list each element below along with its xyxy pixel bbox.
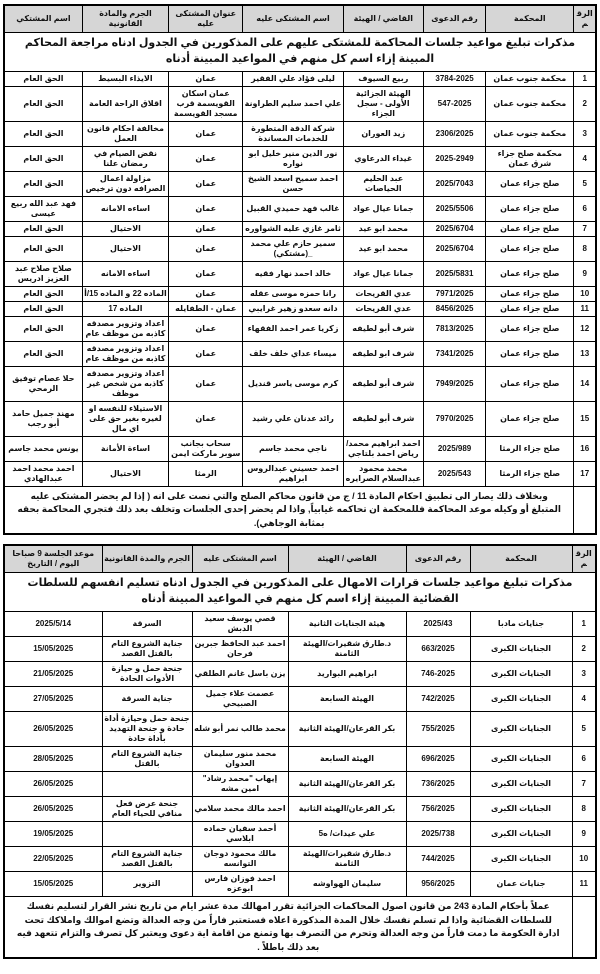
table-cell: 7949/2025 bbox=[423, 366, 485, 401]
column-header: الرقم bbox=[574, 5, 596, 33]
table-cell: أحمد سفيان حماده ابلاسي bbox=[192, 822, 288, 847]
table-row: 4الجنايات الكبرى742/2025الهيئة السابعةعص… bbox=[4, 687, 596, 712]
table-cell: 2 bbox=[574, 86, 596, 121]
table-cell: صلح جزاء عمان bbox=[486, 366, 574, 401]
table-cell: جنحة عرض فعل منافي للحياء العام bbox=[102, 797, 192, 822]
table-cell: الاحتيال bbox=[82, 236, 168, 261]
table-cell: عمان bbox=[169, 401, 243, 436]
header-row: الرقمالمحكمةرقم الدعوىالقاضي / الهيئةاسم… bbox=[4, 5, 596, 33]
table-cell: 9 bbox=[574, 261, 596, 286]
table-cell: 956/2025 bbox=[406, 872, 470, 897]
table-cell: علي عيدات/ ه5 bbox=[288, 822, 406, 847]
table-row: 14صلح جزاء عمان7949/2025شرف أبو لطيفهكرم… bbox=[4, 366, 596, 401]
table-cell: صلح جزاء عمان bbox=[486, 341, 574, 366]
table-cell: الاحتيال bbox=[82, 221, 168, 236]
table-cell: 17 bbox=[574, 461, 596, 486]
table-cell: د.طارق شقيرات/الهيئة الثامنة bbox=[288, 847, 406, 872]
table-cell: سحاب بجانب سوبر ماركت ايمن bbox=[169, 436, 243, 461]
column-header: الجرم والمادة القانونية bbox=[82, 5, 168, 33]
column-header: رقم الدعوى bbox=[423, 5, 485, 33]
table-cell: جمانا عيال عواد bbox=[343, 261, 423, 286]
table-cell: التزوير bbox=[102, 872, 192, 897]
table-cell: 2025/5506 bbox=[423, 196, 485, 221]
table-row: 2محكمة جنوب عمان547-2025الهيئة الجزائية … bbox=[4, 86, 596, 121]
table-cell: شرف أبو لطيفه bbox=[343, 401, 423, 436]
column-header: الجرم والمدة القانونية bbox=[102, 545, 192, 573]
table-cell: صلح جزاء عمان bbox=[486, 221, 574, 236]
table-cell: الجنايات الكبرى bbox=[470, 847, 572, 872]
notice2-header: الرقمالمحكمةرقم الدعوىالقاضي / الهيئةاسم… bbox=[4, 545, 596, 573]
table-cell: دانه سعدو زهير غرايبي bbox=[243, 301, 343, 316]
table-cell: عمان bbox=[169, 121, 243, 146]
table-cell: جنايات عمان bbox=[470, 872, 572, 897]
table-cell: 8456/2025 bbox=[423, 301, 485, 316]
document-page: مذكرات تبليغ مواعيد جلسات المحاكمة للمشت… bbox=[0, 0, 600, 972]
empty-index-cell bbox=[572, 897, 596, 959]
table-cell: صلح جزاء عمان bbox=[486, 301, 574, 316]
table-cell: 10 bbox=[574, 286, 596, 301]
table-cell: اقلاق الراحة العامة bbox=[82, 86, 168, 121]
table-cell: الحق العام bbox=[4, 341, 82, 366]
table-cell: الجنايات الكبرى bbox=[470, 662, 572, 687]
table-cell: 14 bbox=[574, 366, 596, 401]
notice1-footnote-row: وبخلاف ذلك يصار الى تطبيق احكام المادة 1… bbox=[4, 486, 596, 534]
table-cell: 27/05/2025 bbox=[4, 687, 102, 712]
table-cell: محكمة جنوب عمان bbox=[486, 86, 574, 121]
table-cell: الهيئة السابعة bbox=[288, 747, 406, 772]
table-cell: اساءه الامانه bbox=[82, 196, 168, 221]
table-cell: 2025/989 bbox=[423, 436, 485, 461]
table-cell: احمد مالك محمد سلامي bbox=[192, 797, 288, 822]
table-cell: عمان bbox=[169, 196, 243, 221]
table-row: 10الجنايات الكبرى744/2025د.طارق شقيرات/ا… bbox=[4, 847, 596, 872]
table-cell: 3 bbox=[574, 121, 596, 146]
table-cell: 26/05/2025 bbox=[4, 772, 102, 797]
table-cell: 3 bbox=[572, 662, 596, 687]
table-row: 8صلح جزاء عمان2025/6704محمد ابو عيدسمير … bbox=[4, 236, 596, 261]
table-cell: صلح جزاء عمان bbox=[486, 261, 574, 286]
table-row: 9صلح جزاء عمان2025/5831جمانا عيال عوادخا… bbox=[4, 261, 596, 286]
table-cell: صلح جزاء عمان bbox=[486, 171, 574, 196]
table-cell: ثامر غازي عليه الشواوره bbox=[243, 221, 343, 236]
table-cell: 7341/2025 bbox=[423, 341, 485, 366]
table-cell: عمان bbox=[169, 171, 243, 196]
table-cell: الرمثا bbox=[169, 461, 243, 486]
table-cell: 7813/2025 bbox=[423, 316, 485, 341]
column-header: المحكمة bbox=[470, 545, 572, 573]
table-cell: 2025/5831 bbox=[423, 261, 485, 286]
table-cell: 5 bbox=[572, 712, 596, 747]
table-cell: الجنايات الكبرى bbox=[470, 687, 572, 712]
table-cell: احمد فوزان فارس ابوعزه bbox=[192, 872, 288, 897]
trial-hearings-table: مذكرات تبليغ مواعيد جلسات المحاكمة للمشت… bbox=[3, 4, 597, 535]
table-cell: 755/2025 bbox=[406, 712, 470, 747]
table-cell: محمد ابو عيد bbox=[343, 221, 423, 236]
table-cell: 2025/738 bbox=[406, 822, 470, 847]
table-cell: احمد محمد احمد عبدالهادي bbox=[4, 461, 82, 486]
notice2-title: مذكرات تبليغ مواعيد جلسات قرارات الامهال… bbox=[4, 573, 596, 612]
table-cell: عبد الحليم الحياصات bbox=[343, 171, 423, 196]
table-cell: 2025/6704 bbox=[423, 221, 485, 236]
table-row: 12صلح جزاء عمان7813/2025شرف أبو لطيفهزكر… bbox=[4, 316, 596, 341]
table-cell: صلح جزاء عمان bbox=[486, 286, 574, 301]
table-cell: الحق العام bbox=[4, 236, 82, 261]
table-cell: 3784-2025 bbox=[423, 71, 485, 86]
table-cell: كرم موسى ياسر قنديل bbox=[243, 366, 343, 401]
notice2-footnote-row: عملاً بأحكام المادة 243 من قانون اصول ال… bbox=[4, 897, 596, 959]
empty-index-cell bbox=[574, 486, 596, 534]
table-cell: محكمة جنوب عمان bbox=[486, 121, 574, 146]
table-cell: 2025/6704 bbox=[423, 236, 485, 261]
table-cell: اساءة الأمانة bbox=[82, 436, 168, 461]
table-cell: شركة الدقة المتطورة للخدمات المساندة bbox=[243, 121, 343, 146]
table-row: 5صلح جزاء عمان2025/7043عبد الحليم الحياص… bbox=[4, 171, 596, 196]
table-cell: السرقة bbox=[102, 612, 192, 637]
table-cell: الحق العام bbox=[4, 316, 82, 341]
table-cell: عمان bbox=[169, 316, 243, 341]
table-cell: عمان bbox=[169, 286, 243, 301]
table-cell: جناية الشروع التام بالقتل bbox=[102, 747, 192, 772]
table-cell: 6 bbox=[572, 747, 596, 772]
table-cell: عمان bbox=[169, 341, 243, 366]
table-cell: 1 bbox=[572, 612, 596, 637]
table-cell: عمان اسكان القويسمة قرب مسجد القويسمة bbox=[169, 86, 243, 121]
table-row: 2الجنايات الكبرى663/2025د.طارق شقيرات/ال… bbox=[4, 637, 596, 662]
column-header: رقم الدعوى bbox=[406, 545, 470, 573]
table-cell: اعداد وتزوير مصدقه كاذبه من موظف عام bbox=[82, 341, 168, 366]
table-cell: سليمان الهواوشه bbox=[288, 872, 406, 897]
table-cell: ربيع السيوف bbox=[343, 71, 423, 86]
table-cell: زكريا عمر احمد الفقهاء bbox=[243, 316, 343, 341]
table-row: 10صلح جزاء عمان7971/2025عدي القريحاترانا… bbox=[4, 286, 596, 301]
table-cell: محكمة صلح جزاء شرق عمان bbox=[486, 146, 574, 171]
table-cell: 26/05/2025 bbox=[4, 797, 102, 822]
table-cell: مخالفة احكام قانون العمل bbox=[82, 121, 168, 146]
column-header: عنوان المشتكى عليه bbox=[169, 5, 243, 33]
table-cell: صلح جزاء عمان bbox=[486, 401, 574, 436]
column-header: اسم المشتكى عليه bbox=[243, 5, 343, 33]
table-row: 1جنايات مادبا2025/43هيئة الجنايات الثاني… bbox=[4, 612, 596, 637]
table-cell: 4 bbox=[574, 146, 596, 171]
table-row: 17صلح جزاء الرمثا2025/543محمد محمود عبدا… bbox=[4, 461, 596, 486]
table-cell: هيئة الجنايات الثانية bbox=[288, 612, 406, 637]
notice1-body: 1محكمة جنوب عمان3784-2025ربيع السيوفليلى… bbox=[4, 71, 596, 486]
table-cell: 746-2025 bbox=[406, 662, 470, 687]
column-header: اسم المشتكي bbox=[4, 5, 82, 33]
table-cell: صلح جزاء الرمثا bbox=[486, 436, 574, 461]
table-cell: عمان - الطفايله bbox=[169, 301, 243, 316]
table-cell: 15/05/2025 bbox=[4, 872, 102, 897]
table-cell: 22/05/2025 bbox=[4, 847, 102, 872]
table-cell: فهد عبد الله ربيع عيسى bbox=[4, 196, 82, 221]
table-cell: 21/05/2025 bbox=[4, 662, 102, 687]
table-cell: اساءه الامانه bbox=[82, 261, 168, 286]
table-cell: خالد احمد نهار فقيه bbox=[243, 261, 343, 286]
notice1-footnote: وبخلاف ذلك يصار الى تطبيق احكام المادة 1… bbox=[4, 486, 574, 534]
table-cell: شرف أبو لطيفه bbox=[343, 366, 423, 401]
table-cell: الاستيلاء للنفسه او لغيره بغير حق على اي… bbox=[82, 401, 168, 436]
table-cell: بكر القرعان/الهيئة الثانية bbox=[288, 712, 406, 747]
header-row: الرقمالمحكمةرقم الدعوىالقاضي / الهيئةاسم… bbox=[4, 545, 596, 573]
table-cell: جناية الشروع التام بالقتل القصد bbox=[102, 847, 192, 872]
table-cell: يونس محمد جاسم bbox=[4, 436, 82, 461]
table-cell: بكر القرعان/الهيئة الثانية bbox=[288, 797, 406, 822]
table-cell: محمد منور سليمان العدوان bbox=[192, 747, 288, 772]
table-cell: 5 bbox=[574, 171, 596, 196]
table-cell: 28/05/2025 bbox=[4, 747, 102, 772]
table-cell: الجنايات الكبرى bbox=[470, 797, 572, 822]
table-cell: 742/2025 bbox=[406, 687, 470, 712]
table-cell: الحق العام bbox=[4, 171, 82, 196]
table-cell: الجنايات الكبرى bbox=[470, 822, 572, 847]
notice1-title-row: مذكرات تبليغ مواعيد جلسات المحاكمة للمشت… bbox=[4, 33, 596, 72]
table-row: 4محكمة صلح جزاء شرق عمان2025-2949غيداء ا… bbox=[4, 146, 596, 171]
table-cell: احمد عبد الحافظ جبرين فرحان bbox=[192, 637, 288, 662]
table-cell: محمد طالب نمر أبو شله bbox=[192, 712, 288, 747]
table-cell: الاحتيال bbox=[82, 461, 168, 486]
table-cell: الحق العام bbox=[4, 301, 82, 316]
table-cell: نور الدين منير خليل ابو نواره bbox=[243, 146, 343, 171]
table-cell: عمان bbox=[169, 236, 243, 261]
table-cell: 15 bbox=[574, 401, 596, 436]
table-row: 6الجنايات الكبرى696/2025الهيئة السابعةمح… bbox=[4, 747, 596, 772]
notice2-title-row: مذكرات تبليغ مواعيد جلسات قرارات الامهال… bbox=[4, 573, 596, 612]
table-cell: قصي يوسف سعيد الدبش bbox=[192, 612, 288, 637]
table-cell: د.طارق شقيرات/الهيئة الثامنة bbox=[288, 637, 406, 662]
table-cell: الجنايات الكبرى bbox=[470, 637, 572, 662]
table-cell: محكمة جنوب عمان bbox=[486, 71, 574, 86]
table-row: 3محكمة جنوب عمان2306/2025زيد العورانشركة… bbox=[4, 121, 596, 146]
table-cell: الحق العام bbox=[4, 71, 82, 86]
table-cell: صلح جزاء عمان bbox=[486, 196, 574, 221]
table-cell: 1 bbox=[574, 71, 596, 86]
table-cell: 9 bbox=[572, 822, 596, 847]
table-cell: 8 bbox=[574, 236, 596, 261]
table-cell: غيداء الدرعاوي bbox=[343, 146, 423, 171]
table-cell: الحق العام bbox=[4, 286, 82, 301]
table-row: 11جنايات عمان956/2025سليمان الهواوشهاحمد… bbox=[4, 872, 596, 897]
table-cell: شرف ابو لطيفه bbox=[343, 341, 423, 366]
notice2-body: 1جنايات مادبا2025/43هيئة الجنايات الثاني… bbox=[4, 612, 596, 897]
table-cell: 4 bbox=[572, 687, 596, 712]
table-cell: مزاولة اعمال الصرافه دون ترخيص bbox=[82, 171, 168, 196]
table-cell: غالب فهد حميدي القبيل bbox=[243, 196, 343, 221]
table-cell: الماده 22 و الماده 15/أ bbox=[82, 286, 168, 301]
table-row: 3الجنايات الكبرى746-2025ابراهيم البواريد… bbox=[4, 662, 596, 687]
table-cell: الحق العام bbox=[4, 146, 82, 171]
table-row: 7صلح جزاء عمان2025/6704محمد ابو عيدثامر … bbox=[4, 221, 596, 236]
table-cell: عدي القريحات bbox=[343, 301, 423, 316]
table-cell: 744/2025 bbox=[406, 847, 470, 872]
table-cell: 7 bbox=[572, 772, 596, 797]
table-cell: احمد سميح اسعد الشيخ حسن bbox=[243, 171, 343, 196]
table-cell: زيد العوران bbox=[343, 121, 423, 146]
table-cell: 6 bbox=[574, 196, 596, 221]
table-row: 5الجنايات الكبرى755/2025بكر القرعان/الهي… bbox=[4, 712, 596, 747]
table-cell: محمد ابو عيد bbox=[343, 236, 423, 261]
table-cell: احمد حسيني عبدالروس ابراهيم bbox=[243, 461, 343, 486]
table-cell: 26/05/2025 bbox=[4, 712, 102, 747]
column-header: الرقم bbox=[572, 545, 596, 573]
table-cell: اعداد وتزوير مصدقه كاذبه من موظف عام bbox=[82, 316, 168, 341]
table-cell: 736/2025 bbox=[406, 772, 470, 797]
column-header: القاضي / الهيئة bbox=[288, 545, 406, 573]
table-cell: الهيئة الجزائية الأولى - سجل الجزاء bbox=[343, 86, 423, 121]
table-cell: 12 bbox=[574, 316, 596, 341]
table-row: 9الجنايات الكبرى2025/738علي عيدات/ ه5أحم… bbox=[4, 822, 596, 847]
table-cell: صلح جزاء عمان bbox=[486, 316, 574, 341]
table-cell: عمان bbox=[169, 366, 243, 401]
table-cell: رائد عدنان علي رشيد bbox=[243, 401, 343, 436]
table-cell: مالك محمود دوجان التوانسه bbox=[192, 847, 288, 872]
table-cell: 2025/543 bbox=[423, 461, 485, 486]
column-header: القاضي / الهيئة bbox=[343, 5, 423, 33]
surrender-decisions-table: مذكرات تبليغ مواعيد جلسات قرارات الامهال… bbox=[3, 544, 597, 959]
table-cell: صلح جزاء الرمثا bbox=[486, 461, 574, 486]
table-cell: الحق العام bbox=[4, 121, 82, 146]
table-cell: رانا حمزه موسى عقله bbox=[243, 286, 343, 301]
table-row: 15صلح جزاء عمان7970/2025شرف أبو لطيفهرائ… bbox=[4, 401, 596, 436]
table-cell: الجنايات الكبرى bbox=[470, 747, 572, 772]
table-cell: الهيئة السابعة bbox=[288, 687, 406, 712]
notice1-title: مذكرات تبليغ مواعيد جلسات المحاكمة للمشت… bbox=[4, 33, 596, 72]
table-cell: جنحة حمل و حيازة الأدوات الحادة bbox=[102, 662, 192, 687]
column-header: اسم المشتكى عليه bbox=[192, 545, 288, 573]
table-cell: 663/2025 bbox=[406, 637, 470, 662]
table-cell: 2025/7043 bbox=[423, 171, 485, 196]
table-cell: 756/2025 bbox=[406, 797, 470, 822]
table-cell: ميساء عداي خلف خلف bbox=[243, 341, 343, 366]
table-row: 1محكمة جنوب عمان3784-2025ربيع السيوفليلى… bbox=[4, 71, 596, 86]
table-cell: مهند جميل حامد أبو رجب bbox=[4, 401, 82, 436]
table-cell: ابراهيم البواريد bbox=[288, 662, 406, 687]
table-cell: 11 bbox=[572, 872, 596, 897]
table-cell: 11 bbox=[574, 301, 596, 316]
table-cell: جنحة حمل وحيازة أداة حادة و جنحة التهديد… bbox=[102, 712, 192, 747]
table-cell: عمان bbox=[169, 146, 243, 171]
table-cell: 8 bbox=[572, 797, 596, 822]
table-cell: الايذاء البسيط bbox=[82, 71, 168, 86]
table-cell: صلح جزاء عمان bbox=[486, 236, 574, 261]
table-row: 13صلح جزاء عمان7341/2025شرف ابو لطيفهميس… bbox=[4, 341, 596, 366]
table-cell: 10 bbox=[572, 847, 596, 872]
table-row: 11صلح جزاء عمان8456/2025عدي القريحاتدانه… bbox=[4, 301, 596, 316]
table-cell: 7 bbox=[574, 221, 596, 236]
table-cell: إيهاب "محمد رشاد" امين مشه bbox=[192, 772, 288, 797]
table-row: 16صلح جزاء الرمثا2025/989احمد ابراهيم مح… bbox=[4, 436, 596, 461]
table-row: 6صلح جزاء عمان2025/5506جمانا عيال عوادغا… bbox=[4, 196, 596, 221]
table-cell: عمان bbox=[169, 261, 243, 286]
table-cell bbox=[102, 772, 192, 797]
table-row: 8الجنايات الكبرى756/2025بكر القرعان/الهي… bbox=[4, 797, 596, 822]
table-cell: 2 bbox=[572, 637, 596, 662]
table-cell: عمان bbox=[169, 221, 243, 236]
table-cell: صلاح صلاح عبد العزيز ادريس bbox=[4, 261, 82, 286]
table-cell: 15/05/2025 bbox=[4, 637, 102, 662]
table-cell: 696/2025 bbox=[406, 747, 470, 772]
table-cell: ليلى فؤاد علي الفقير bbox=[243, 71, 343, 86]
table-cell: 547-2025 bbox=[423, 86, 485, 121]
table-cell: شرف أبو لطيفه bbox=[343, 316, 423, 341]
table-cell: 19/05/2025 bbox=[4, 822, 102, 847]
table-cell: 7970/2025 bbox=[423, 401, 485, 436]
notice1-header: الرقمالمحكمةرقم الدعوىالقاضي / الهيئةاسم… bbox=[4, 5, 596, 33]
table-cell: الحق العام bbox=[4, 221, 82, 236]
table-cell: عصمت علاء جميل الصبيحي bbox=[192, 687, 288, 712]
table-cell bbox=[102, 822, 192, 847]
table-cell: سمير حازم علي محمد _(مشتكي) bbox=[243, 236, 343, 261]
table-cell: 2306/2025 bbox=[423, 121, 485, 146]
table-cell: الحق العام bbox=[4, 86, 82, 121]
table-cell: جنايات مادبا bbox=[470, 612, 572, 637]
table-cell: حلا عصام توفيق الرمحي bbox=[4, 366, 82, 401]
table-cell: الجنايات الكبرى bbox=[470, 772, 572, 797]
table-cell: عدي القريحات bbox=[343, 286, 423, 301]
table-cell: 7971/2025 bbox=[423, 286, 485, 301]
column-header: موعد الجلسة 9 صباحا اليوم / التاريخ bbox=[4, 545, 102, 573]
table-cell: عمان bbox=[169, 71, 243, 86]
table-cell: علي احمد سليم الطراونة bbox=[243, 86, 343, 121]
table-cell: 2025-2949 bbox=[423, 146, 485, 171]
table-cell: اعداد وتزوير مصدقه كاذبه من شخص غير موظف bbox=[82, 366, 168, 401]
table-cell: يزن باسل غانم الطلقي bbox=[192, 662, 288, 687]
table-cell: احمد ابراهيم محمد/رياض احمد بلتاجي bbox=[343, 436, 423, 461]
column-header: المحكمة bbox=[486, 5, 574, 33]
table-cell: الجنايات الكبرى bbox=[470, 712, 572, 747]
table-cell: نقض الصيام في رمضان علنا bbox=[82, 146, 168, 171]
table-cell: الماده 17 bbox=[82, 301, 168, 316]
table-cell: 13 bbox=[574, 341, 596, 366]
table-cell: جناية الشروع التام بالقتل القصد bbox=[102, 637, 192, 662]
notice2-footnote: عملاً بأحكام المادة 243 من قانون اصول ال… bbox=[4, 897, 572, 959]
table-cell: ناجي محمد جاسم bbox=[243, 436, 343, 461]
table-cell: جناية السرقة bbox=[102, 687, 192, 712]
table-cell: 2025/5/14 bbox=[4, 612, 102, 637]
table-cell: جمانا عيال عواد bbox=[343, 196, 423, 221]
table-cell: بكر القرعان/الهيئة الثانية bbox=[288, 772, 406, 797]
table-cell: 16 bbox=[574, 436, 596, 461]
table-cell: محمد محمود عبدالسلام الصرايره bbox=[343, 461, 423, 486]
table-row: 7الجنايات الكبرى736/2025بكر القرعان/الهي… bbox=[4, 772, 596, 797]
table-cell: 2025/43 bbox=[406, 612, 470, 637]
